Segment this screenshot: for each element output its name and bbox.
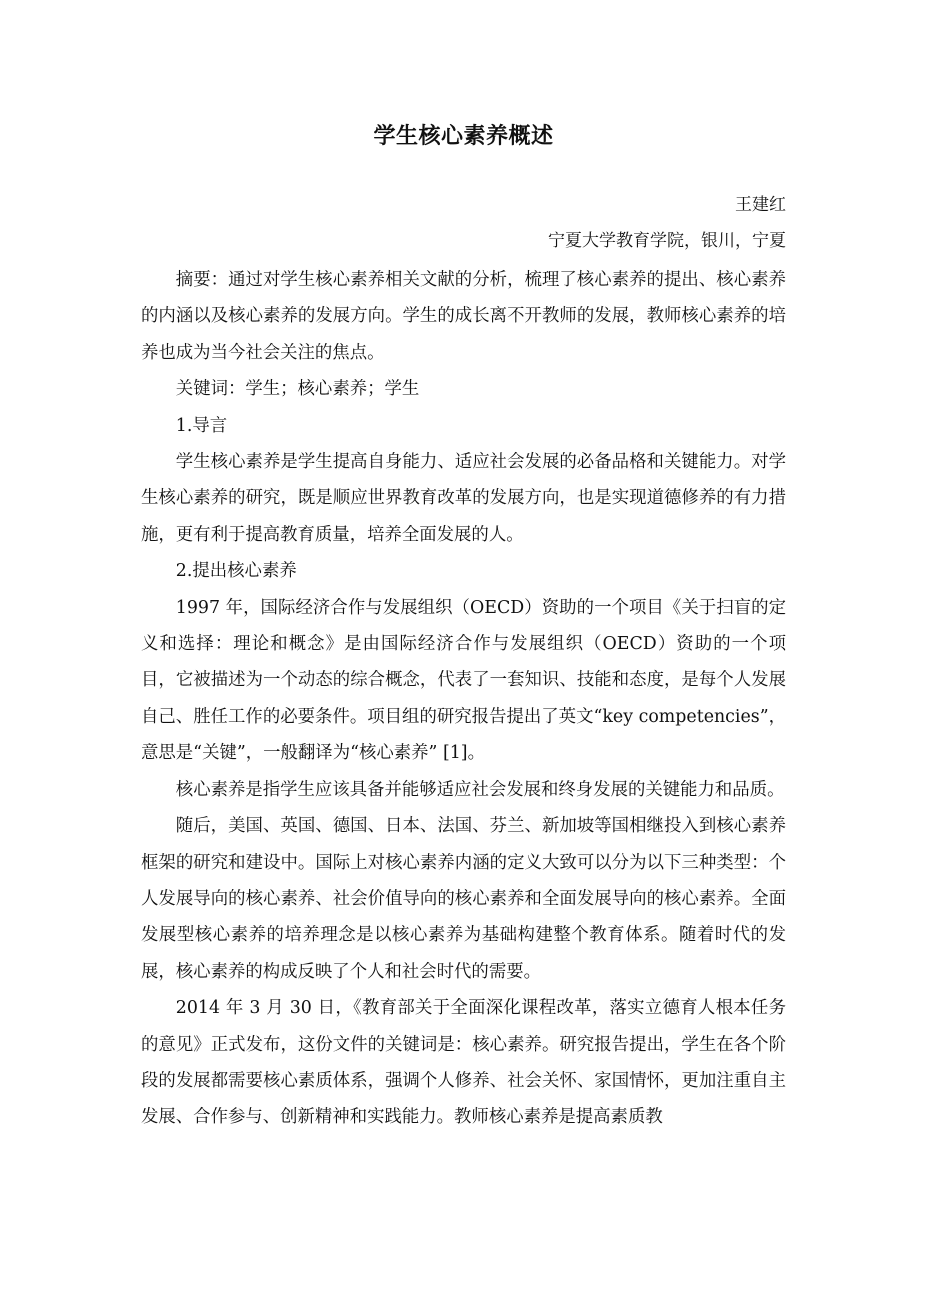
- body-paragraph: 学生核心素养是学生提高自身能力、适应社会发展的必备品格和关键能力。对学生核心素养…: [141, 444, 786, 553]
- section-heading-introduction: 1.导言: [141, 408, 786, 444]
- document-title: 学生核心素养概述: [141, 121, 786, 153]
- section-heading-core-competencies: 2.提出核心素养: [141, 553, 786, 589]
- abstract-paragraph: 摘要：通过对学生核心素养相关文献的分析，梳理了核心素养的提出、核心素养的内涵以及…: [141, 262, 786, 371]
- keywords-line: 关键词：学生；核心素养；学生: [141, 371, 786, 407]
- author-affiliation: 宁夏大学教育学院，银川，宁夏: [548, 226, 786, 256]
- body-paragraph: 1997 年，国际经济合作与发展组织（OECD）资助的一个项目《关于扫盲的定义和…: [141, 590, 786, 772]
- document-body: 摘要：通过对学生核心素养相关文献的分析，梳理了核心素养的提出、核心素养的内涵以及…: [141, 262, 786, 1136]
- body-paragraph: 核心素养是指学生应该具备并能够适应社会发展和终身发展的关键能力和品质。: [141, 772, 786, 808]
- body-paragraph: 随后，美国、英国、德国、日本、法国、芬兰、新加坡等国相继投入到核心素养框架的研究…: [141, 808, 786, 990]
- author-name: 王建红: [735, 190, 786, 220]
- body-paragraph: 2014 年 3 月 30 日，《教育部关于全面深化课程改革，落实立德育人根本任…: [141, 990, 786, 1136]
